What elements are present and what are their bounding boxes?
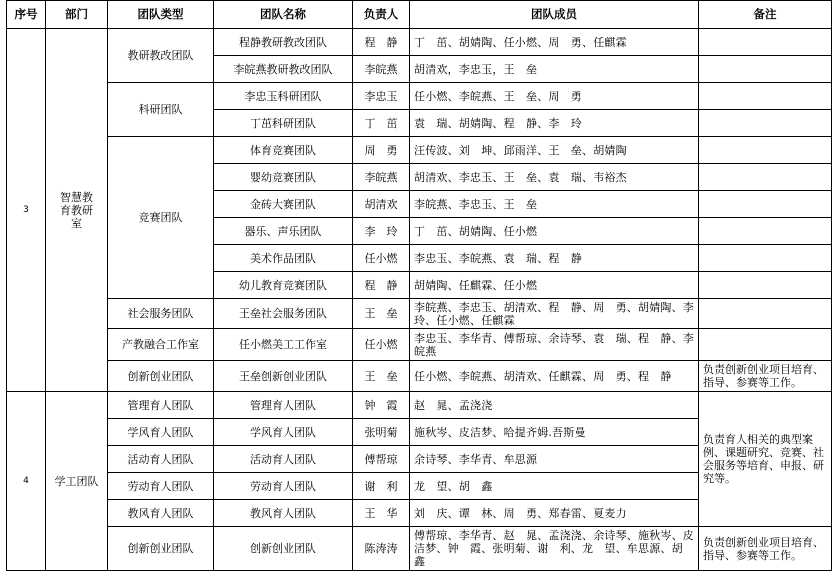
- header-notes: 备注: [699, 1, 832, 29]
- leader-cell: 钟 霞: [353, 392, 410, 419]
- members-cell: 赵 晁、孟浇浇: [410, 392, 699, 419]
- leader-cell: 李皖燕: [353, 164, 410, 191]
- header-department: 部门: [46, 1, 108, 29]
- team-name-cell: 教风育人团队: [214, 500, 353, 527]
- note-cell: [699, 218, 832, 245]
- members-cell: 傅帮琼、李华青、赵 晁、孟浇浇、余诗琴、施秋岑、皮洁梦、钟 霞、张明菊、谢 利、…: [410, 527, 699, 571]
- team-roster-table: 序号 部门 团队类型 团队名称 负责人 团队成员 备注 3 智慧教育教研室 教研…: [6, 0, 832, 571]
- members-cell: 李皖燕、李忠玉、王 垒: [410, 191, 699, 218]
- members-cell: 汪传波、刘 坤、邱雨洋、王 垒、胡婧陶: [410, 137, 699, 164]
- table-row: 创新创业团队 创新创业团队 陈涛涛 傅帮琼、李华青、赵 晁、孟浇浇、余诗琴、施秋…: [7, 527, 832, 571]
- team-name-cell: 王垒创新创业团队: [214, 361, 353, 392]
- team-name-cell: 婴幼竞赛团队: [214, 164, 353, 191]
- members-cell: 李皖燕、李忠玉、胡清欢、程 静、周 勇、胡婧陶、李 玲、任小燃、任麒霖: [410, 299, 699, 329]
- leader-cell: 周 勇: [353, 137, 410, 164]
- department-cell: 学工团队: [46, 392, 108, 571]
- team-type-cell: 管理育人团队: [108, 392, 214, 419]
- members-cell: 任小燃、李皖燕、胡清欢、任麒霖、周 勇、程 静: [410, 361, 699, 392]
- header-index: 序号: [7, 1, 46, 29]
- leader-cell: 程 静: [353, 272, 410, 299]
- leader-cell: 傅帮琼: [353, 446, 410, 473]
- note-cell: [699, 56, 832, 83]
- note-cell: 负责创新创业项目培育、指导、参赛等工作。: [699, 361, 832, 392]
- department-cell: 智慧教育教研室: [46, 29, 108, 392]
- team-name-cell: 学风育人团队: [214, 419, 353, 446]
- table-row: 社会服务团队 王垒社会服务团队 王 垒 李皖燕、李忠玉、胡清欢、程 静、周 勇、…: [7, 299, 832, 329]
- leader-cell: 任小燃: [353, 245, 410, 272]
- leader-cell: 李皖燕: [353, 56, 410, 83]
- leader-cell: 王 垒: [353, 361, 410, 392]
- header-row: 序号 部门 团队类型 团队名称 负责人 团队成员 备注: [7, 1, 832, 29]
- leader-cell: 丁 茁: [353, 110, 410, 137]
- team-type-cell: 科研团队: [108, 83, 214, 137]
- section-index: 3: [7, 29, 46, 392]
- note-cell: [699, 329, 832, 361]
- leader-cell: 任小燃: [353, 329, 410, 361]
- members-cell: 丁 茁、胡婧陶、任小燃、周 勇、任麒霖: [410, 29, 699, 56]
- members-cell: 任小燃、李皖燕、王 垒、周 勇: [410, 83, 699, 110]
- team-name-cell: 李忠玉科研团队: [214, 83, 353, 110]
- header-leader: 负责人: [353, 1, 410, 29]
- leader-cell: 李忠玉: [353, 83, 410, 110]
- leader-cell: 程 静: [353, 29, 410, 56]
- team-name-cell: 丁茁科研团队: [214, 110, 353, 137]
- members-cell: 余诗琴、李华青、牟思源: [410, 446, 699, 473]
- team-type-cell: 教研教改团队: [108, 29, 214, 83]
- team-name-cell: 任小燃美工工作室: [214, 329, 353, 361]
- note-cell: 负责创新创业项目培育、指导、参赛等工作。: [699, 527, 832, 571]
- leader-cell: 张明菊: [353, 419, 410, 446]
- team-type-cell: 学风育人团队: [108, 419, 214, 446]
- note-cell: [699, 29, 832, 56]
- shared-note-cell: 负责育人相关的典型案例、课题研究、竞赛、社会服务等培育、申报、研究等。: [699, 392, 832, 527]
- note-cell: [699, 272, 832, 299]
- leader-cell: 李 玲: [353, 218, 410, 245]
- leader-cell: 王 华: [353, 500, 410, 527]
- team-name-cell: 创新创业团队: [214, 527, 353, 571]
- note-cell: [699, 110, 832, 137]
- table-row: 3 智慧教育教研室 教研教改团队 程静教研教改团队 程 静 丁 茁、胡婧陶、任小…: [7, 29, 832, 56]
- team-type-cell: 产教融合工作室: [108, 329, 214, 361]
- team-type-cell: 活动育人团队: [108, 446, 214, 473]
- team-type-cell: 创新创业团队: [108, 361, 214, 392]
- team-name-cell: 劳动育人团队: [214, 473, 353, 500]
- team-type-cell: 劳动育人团队: [108, 473, 214, 500]
- leader-cell: 陈涛涛: [353, 527, 410, 571]
- table-row: 科研团队 李忠玉科研团队 李忠玉 任小燃、李皖燕、王 垒、周 勇: [7, 83, 832, 110]
- note-cell: [699, 164, 832, 191]
- members-cell: 胡清欢、李忠玉、王 垒、袁 瑞、韦裕杰: [410, 164, 699, 191]
- members-cell: 胡清欢，李忠玉，王 垒: [410, 56, 699, 83]
- team-name-cell: 体育竞赛团队: [214, 137, 353, 164]
- header-members: 团队成员: [410, 1, 699, 29]
- leader-cell: 胡清欢: [353, 191, 410, 218]
- table-row: 4 学工团队 管理育人团队 管理育人团队 钟 霞 赵 晁、孟浇浇 负责育人相关的…: [7, 392, 832, 419]
- members-cell: 丁 茁、胡婧陶、任小燃: [410, 218, 699, 245]
- team-name-cell: 美术作品团队: [214, 245, 353, 272]
- members-cell: 李忠玉、李华青、傅帮琼、余诗琴、袁 瑞、程 静、李皖燕: [410, 329, 699, 361]
- note-cell: [699, 83, 832, 110]
- team-name-cell: 王垒社会服务团队: [214, 299, 353, 329]
- members-cell: 袁 瑞、胡婧陶、程 静、李 玲: [410, 110, 699, 137]
- note-cell: [699, 299, 832, 329]
- table-row: 竞赛团队 体育竞赛团队 周 勇 汪传波、刘 坤、邱雨洋、王 垒、胡婧陶: [7, 137, 832, 164]
- members-cell: 李忠玉、李皖燕、袁 瑞、程 静: [410, 245, 699, 272]
- note-cell: [699, 137, 832, 164]
- table-row: 产教融合工作室 任小燃美工工作室 任小燃 李忠玉、李华青、傅帮琼、余诗琴、袁 瑞…: [7, 329, 832, 361]
- note-cell: [699, 245, 832, 272]
- members-cell: 刘 庆、谭 林、周 勇、郑春雷、夏麦力: [410, 500, 699, 527]
- members-cell: 施秋岑、皮洁梦、哈提齐姆.吾斯曼: [410, 419, 699, 446]
- team-type-cell: 社会服务团队: [108, 299, 214, 329]
- team-type-cell: 创新创业团队: [108, 527, 214, 571]
- leader-cell: 谢 利: [353, 473, 410, 500]
- team-name-cell: 李皖燕教研教改团队: [214, 56, 353, 83]
- members-cell: 胡婧陶、任麒霖、任小燃: [410, 272, 699, 299]
- team-name-cell: 活动育人团队: [214, 446, 353, 473]
- section-index: 4: [7, 392, 46, 571]
- header-team-type: 团队类型: [108, 1, 214, 29]
- team-name-cell: 管理育人团队: [214, 392, 353, 419]
- table-row: 创新创业团队 王垒创新创业团队 王 垒 任小燃、李皖燕、胡清欢、任麒霖、周 勇、…: [7, 361, 832, 392]
- header-team-name: 团队名称: [214, 1, 353, 29]
- note-cell: [699, 191, 832, 218]
- team-type-cell: 教风育人团队: [108, 500, 214, 527]
- team-name-cell: 金砖大赛团队: [214, 191, 353, 218]
- members-cell: 龙 望、胡 鑫: [410, 473, 699, 500]
- team-name-cell: 器乐、声乐团队: [214, 218, 353, 245]
- team-type-cell: 竞赛团队: [108, 137, 214, 299]
- team-name-cell: 幼儿教育竞赛团队: [214, 272, 353, 299]
- team-name-cell: 程静教研教改团队: [214, 29, 353, 56]
- leader-cell: 王 垒: [353, 299, 410, 329]
